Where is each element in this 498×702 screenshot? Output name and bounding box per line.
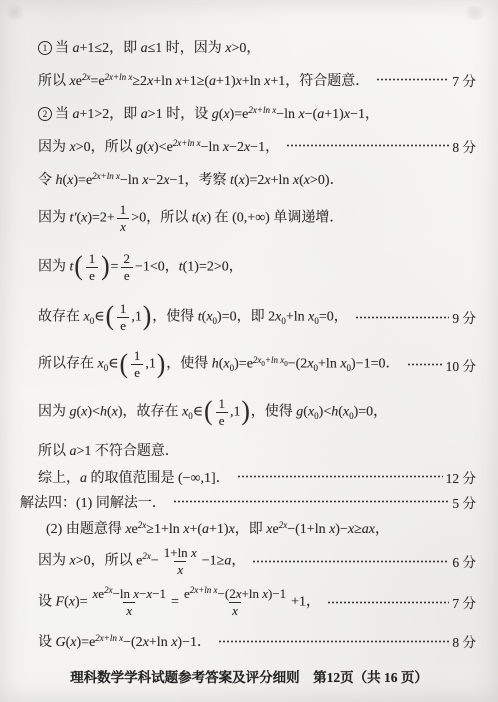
dotted-leader — [327, 601, 449, 604]
fraction: 1+ln xx — [161, 546, 200, 576]
dotted-leader — [252, 560, 449, 563]
dotted-leader — [376, 78, 449, 81]
answer-line: 因为 t(1e)=2e−1<0，t(1)=2>0， — [38, 241, 476, 293]
answer-line: 设 G(x)=e2x+ln x−(2x+ln x)−1．8 分 — [38, 624, 476, 658]
formula-text: 解法四：(1) 同解法一． — [20, 492, 166, 512]
score-label: 9 分 — [452, 307, 476, 327]
fraction: 1e — [117, 302, 130, 332]
answer-line: 因为 t′(x)=2+1x>0，所以 t(x) 在 (0,+∞) 单调递增． — [38, 195, 476, 241]
formula-text: 因为 x>0，所以 g(x)<e2x+ln x−ln x−2x−1， — [38, 136, 279, 156]
circled-number: 2 — [38, 107, 52, 121]
score-label: 12 分 — [446, 467, 476, 487]
dotted-leader — [355, 316, 450, 319]
formula-text: 1当 a+1≤2，即 a≤1 时，因为 x>0， — [38, 37, 260, 57]
answer-line: 所以存在 x0∈(1e,1)，使得 h(x0)=e2x0+ln x0−(2x0+… — [38, 341, 476, 388]
answer-line: 因为 x>0，所以 e2x−1+ln xx−1≥a，6 分 — [38, 542, 476, 580]
score-label: 7 分 — [452, 592, 476, 612]
formula-text: 因为 t′(x)=2+1x>0，所以 t(x) 在 (0,+∞) 单调递增． — [38, 203, 343, 233]
formula-text: 2当 a+1>2，即 a>1 时，设 g(x)=e2x+ln x−ln x−(a… — [38, 103, 379, 123]
score-label: 10 分 — [446, 355, 476, 375]
fraction: 2e — [120, 252, 133, 282]
dotted-leader — [286, 144, 449, 147]
dotted-leader — [407, 363, 443, 366]
answer-line: 解法四：(1) 同解法一．5 分 — [20, 489, 476, 514]
score-label: 7 分 — [452, 70, 476, 90]
fraction: 1x — [117, 203, 130, 233]
formula-text: 故存在 x0∈(1e,1)，使得 t(x0)=0，即 2x0+ln x0=0， — [38, 302, 348, 332]
formula-text: 因为 x>0，所以 e2x−1+ln xx−1≥a， — [38, 546, 245, 576]
score-label: 8 分 — [452, 631, 476, 651]
circled-number: 1 — [38, 41, 52, 55]
solution-lines: 1当 a+1≤2，即 a≤1 时，因为 x>0，所以 xe2x=e2x+ln x… — [38, 30, 476, 658]
dotted-leader — [173, 500, 450, 503]
score-label: 8 分 — [452, 136, 476, 156]
formula-text: 设 G(x)=e2x+ln x−(2x+ln x)−1． — [38, 631, 211, 651]
big-paren: ) — [157, 353, 165, 376]
big-paren: ) — [143, 306, 151, 329]
formula-text: 综上，a 的取值范围是 (−∞,1]． — [38, 467, 230, 487]
score-label: 5 分 — [452, 492, 476, 512]
answer-line: 1当 a+1≤2，即 a≤1 时，因为 x>0， — [38, 30, 476, 63]
answer-line: 所以 a>1 不符合题意． — [38, 436, 476, 464]
answer-line: 2当 a+1>2，即 a>1 时，设 g(x)=e2x+ln x−ln x−(a… — [38, 96, 476, 129]
score-label: 6 分 — [452, 551, 476, 571]
formula-text: 设 F(x)=xe2x−ln x−x−1x=e2x+ln x−(2x+ln x)… — [38, 587, 320, 617]
fraction: 1e — [86, 252, 99, 282]
big-paren: ( — [74, 256, 82, 279]
answer-line: (2) 由题意得 xe2x≥1+ln x+(a+1)x，即 xe2x−(1+ln… — [38, 514, 476, 542]
dotted-leader — [218, 640, 449, 643]
answer-line: 因为 g(x)<h(x)，故存在 x0∈(1e,1)，使得 g(x0)<h(x0… — [38, 388, 476, 436]
formula-text: 所以 xe2x=e2x+ln x≥2x+ln x+1≥(a+1)x+ln x+1… — [38, 70, 369, 90]
scan-smudge — [4, 4, 26, 20]
formula-text: (2) 由题意得 xe2x≥1+ln x+(a+1)x，即 xe2x−(1+ln… — [46, 518, 389, 538]
formula-text: 所以 a>1 不符合题意． — [38, 440, 179, 460]
page-footer: 理科数学学科试题参考答案及评分细则 第12页（共 16 页） — [0, 666, 498, 686]
answer-line: 令 h(x)=e2x+ln x−ln x−2x−1，考察 t(x)=2x+ln … — [38, 162, 476, 195]
formula-text: 令 h(x)=e2x+ln x−ln x−2x−1，考察 t(x)=2x+ln … — [38, 169, 344, 189]
fraction: 1e — [215, 397, 228, 427]
answer-line: 综上，a 的取值范围是 (−∞,1]．12 分 — [38, 464, 476, 489]
fraction: e2x+ln x−(2x+ln x)−1x — [181, 587, 289, 617]
big-paren: ( — [106, 306, 114, 329]
dotted-leader — [237, 475, 443, 478]
formula-text: 因为 g(x)<h(x)，故存在 x0∈(1e,1)，使得 g(x0)<h(x0… — [38, 397, 387, 427]
formula-text: 因为 t(1e)=2e−1<0，t(1)=2>0， — [38, 252, 243, 282]
formula-text: 所以存在 x0∈(1e,1)，使得 h(x0)=e2x0+ln x0−(2x0+… — [38, 349, 400, 379]
fraction: xe2x−ln x−x−1x — [90, 587, 170, 617]
answer-line: 所以 xe2x=e2x+ln x≥2x+ln x+1≥(a+1)x+ln x+1… — [38, 63, 476, 96]
big-paren: ) — [101, 256, 109, 279]
answer-line: 故存在 x0∈(1e,1)，使得 t(x0)=0，即 2x0+ln x0=0，9… — [38, 293, 476, 341]
fraction: 1e — [131, 349, 144, 379]
answer-line: 设 F(x)=xe2x−ln x−x−1x=e2x+ln x−(2x+ln x)… — [38, 580, 476, 624]
answer-line: 因为 x>0，所以 g(x)<e2x+ln x−ln x−2x−1，8 分 — [38, 129, 476, 162]
scanned-answer-page: 1当 a+1≤2，即 a≤1 时，因为 x>0，所以 xe2x=e2x+ln x… — [0, 0, 498, 702]
big-paren: ( — [204, 401, 212, 424]
big-paren: ) — [241, 401, 249, 424]
scan-smudge — [462, 6, 488, 20]
big-paren: ( — [120, 353, 128, 376]
